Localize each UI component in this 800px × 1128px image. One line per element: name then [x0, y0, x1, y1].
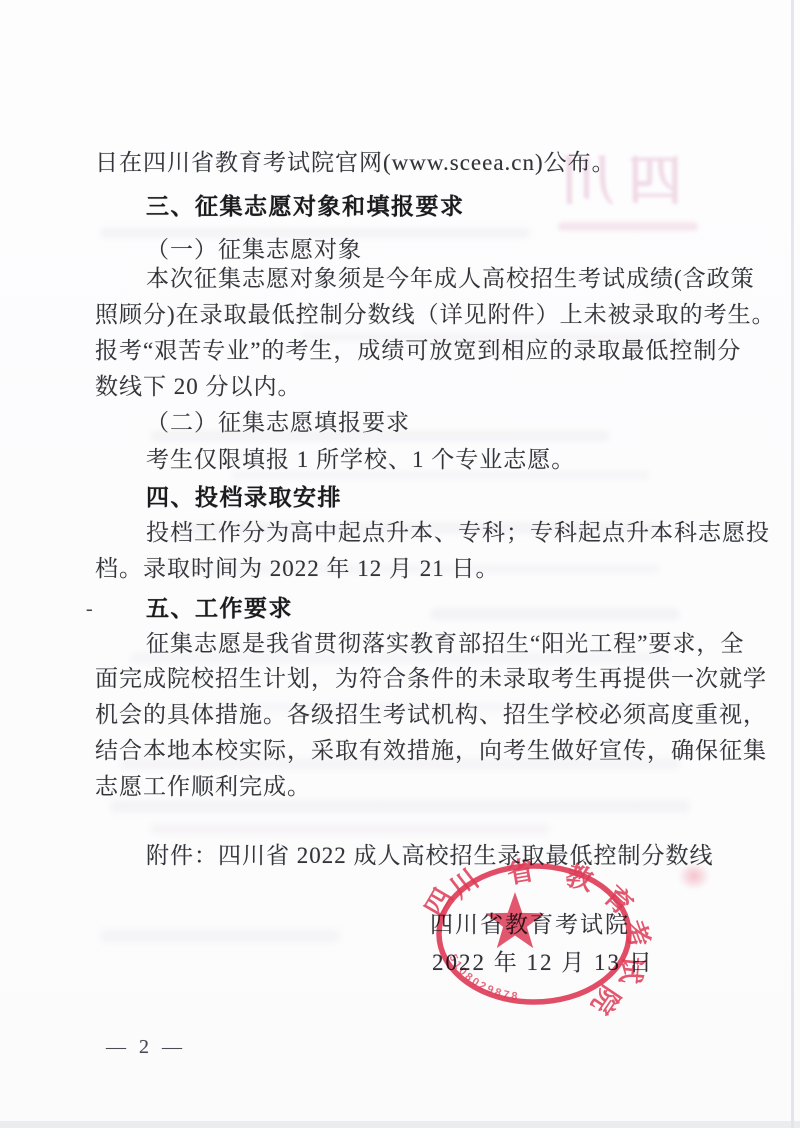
- doc-line: 投档工作分为高中起点升本、专科；专科起点升本科志愿投: [146, 518, 770, 548]
- scanned-document-page: 四川 日在四川省教育考试院官网(www.sceea.cn)公布。 三、征集志愿对…: [0, 0, 800, 1128]
- bleedthrough-smudge: [100, 930, 340, 942]
- seal-arc-char: 院: [585, 980, 625, 1019]
- section-heading: 三、征集志愿对象和填报要求: [146, 191, 465, 221]
- doc-line: 结合本地本校实际，采取有效措施，向考生做好宣传，确保征集: [95, 736, 767, 766]
- doc-line: 照顾分)在录取最低控制分数线（详见附件）上未被录取的考生。: [95, 300, 776, 330]
- section-heading: 五、工作要求: [146, 593, 293, 623]
- bleedthrough-smudge: [150, 824, 550, 834]
- doc-line: 报考“艰苦专业”的考生，成绩可放宽到相应的录取最低控制分: [95, 336, 741, 366]
- scan-edge: [791, 0, 794, 1128]
- page-number: — 2 —: [106, 1032, 186, 1062]
- margin-mark: -: [86, 594, 94, 624]
- doc-line: 面完成院校招生计划，为符合条件的未录取考生再提供一次就学: [95, 664, 767, 694]
- bleedthrough-smudge: [558, 222, 698, 231]
- bleedthrough-smudge: [430, 608, 680, 620]
- section-heading: 四、投档录取安排: [146, 482, 342, 512]
- doc-line: 档。录取时间为 2022 年 12 月 21 日。: [95, 554, 500, 584]
- doc-line: 机会的具体措施。各级招生考试机构、招生学校必须高度重视，: [95, 700, 767, 730]
- doc-line: 征集志愿是我省贯彻落实教育部招生“阳光工程”要求，全: [146, 629, 744, 659]
- doc-line: 志愿工作顺利完成。: [95, 772, 311, 802]
- doc-line: （二）征集志愿填报要求: [146, 408, 410, 438]
- doc-line: 考生仅限填报 1 所学校、1 个专业志愿。: [146, 445, 575, 475]
- doc-line: 数线下 20 分以内。: [95, 372, 302, 402]
- signature-org: 四川省教育考试院: [430, 910, 630, 940]
- doc-line: 日在四川省教育考试院官网(www.sceea.cn)公布。: [95, 148, 616, 178]
- attachment-line: 附件：四川省 2022 成人高校招生录取最低控制分数线: [146, 841, 714, 871]
- scan-edge: [0, 1121, 800, 1128]
- doc-line: （一）征集志愿对象: [146, 235, 362, 265]
- doc-line: 本次征集志愿对象须是今年成人高校招生考试成绩(含政策: [146, 264, 755, 294]
- signature-date: 2022 年 12 月 13 日: [432, 948, 654, 978]
